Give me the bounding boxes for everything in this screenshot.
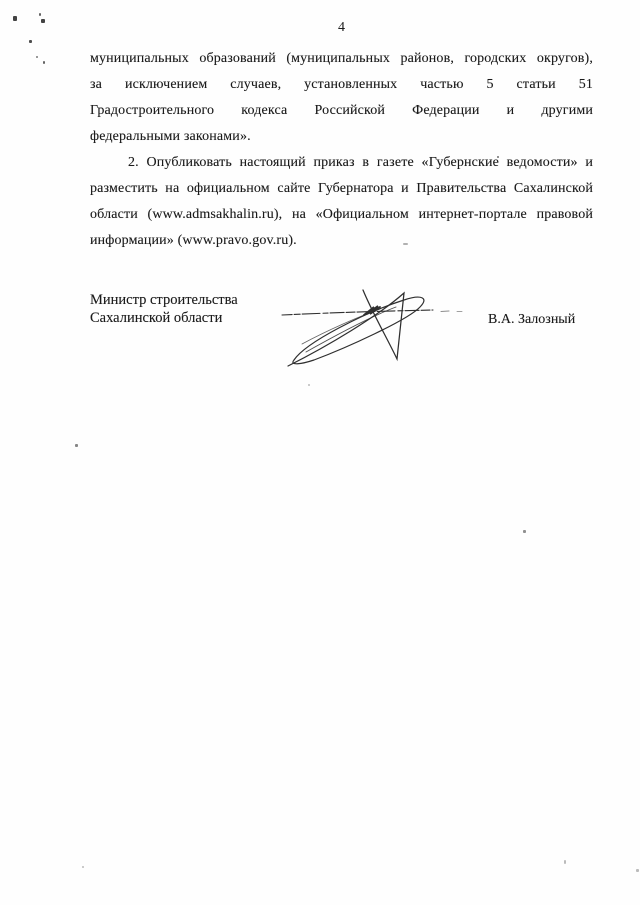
scan-speck: [497, 156, 499, 158]
scan-speck: [39, 13, 41, 16]
body-text-line: области (www.admsakhalin.ru), на «Официа…: [90, 202, 593, 228]
scan-speck: [75, 444, 78, 447]
scan-speck: [36, 56, 38, 58]
scan-speck: [41, 19, 45, 23]
scan-speck: [403, 243, 408, 245]
body-text-line: 2. Опубликовать настоящий приказ в газет…: [90, 150, 593, 176]
signer-title: Министр строительства Сахалинской област…: [90, 292, 238, 327]
scanned-document-page: 4 муниципальных образований (муниципальн…: [0, 0, 640, 905]
body-text-line: разместить на официальном сайте Губернат…: [90, 176, 593, 202]
body-text-line: за исключением случаев, установленных ча…: [90, 72, 593, 98]
signature-icon: [266, 276, 476, 372]
page-number: 4: [90, 20, 593, 36]
scan-speck: [43, 61, 45, 64]
body-text-line: федеральными законами».: [90, 124, 593, 150]
scan-speck: [13, 16, 17, 21]
body-text-line: информации» (www.pravo.gov.ru).: [90, 228, 593, 254]
scan-speck: [82, 866, 84, 868]
signer-title-line2: Сахалинской области: [90, 310, 238, 328]
scan-speck: [523, 530, 526, 533]
scan-speck: [636, 869, 639, 872]
scan-speck: [564, 860, 566, 864]
document-body: муниципальных образований (муниципальных…: [90, 46, 593, 254]
signer-name: В.А. Залозный: [488, 311, 575, 329]
body-text-line: Градостроительного кодекса Российской Фе…: [90, 98, 593, 124]
scan-speck: [308, 384, 310, 386]
scan-speck: [29, 40, 32, 43]
signer-title-line1: Министр строительства: [90, 292, 238, 310]
body-text-line: муниципальных образований (муниципальных…: [90, 46, 593, 72]
